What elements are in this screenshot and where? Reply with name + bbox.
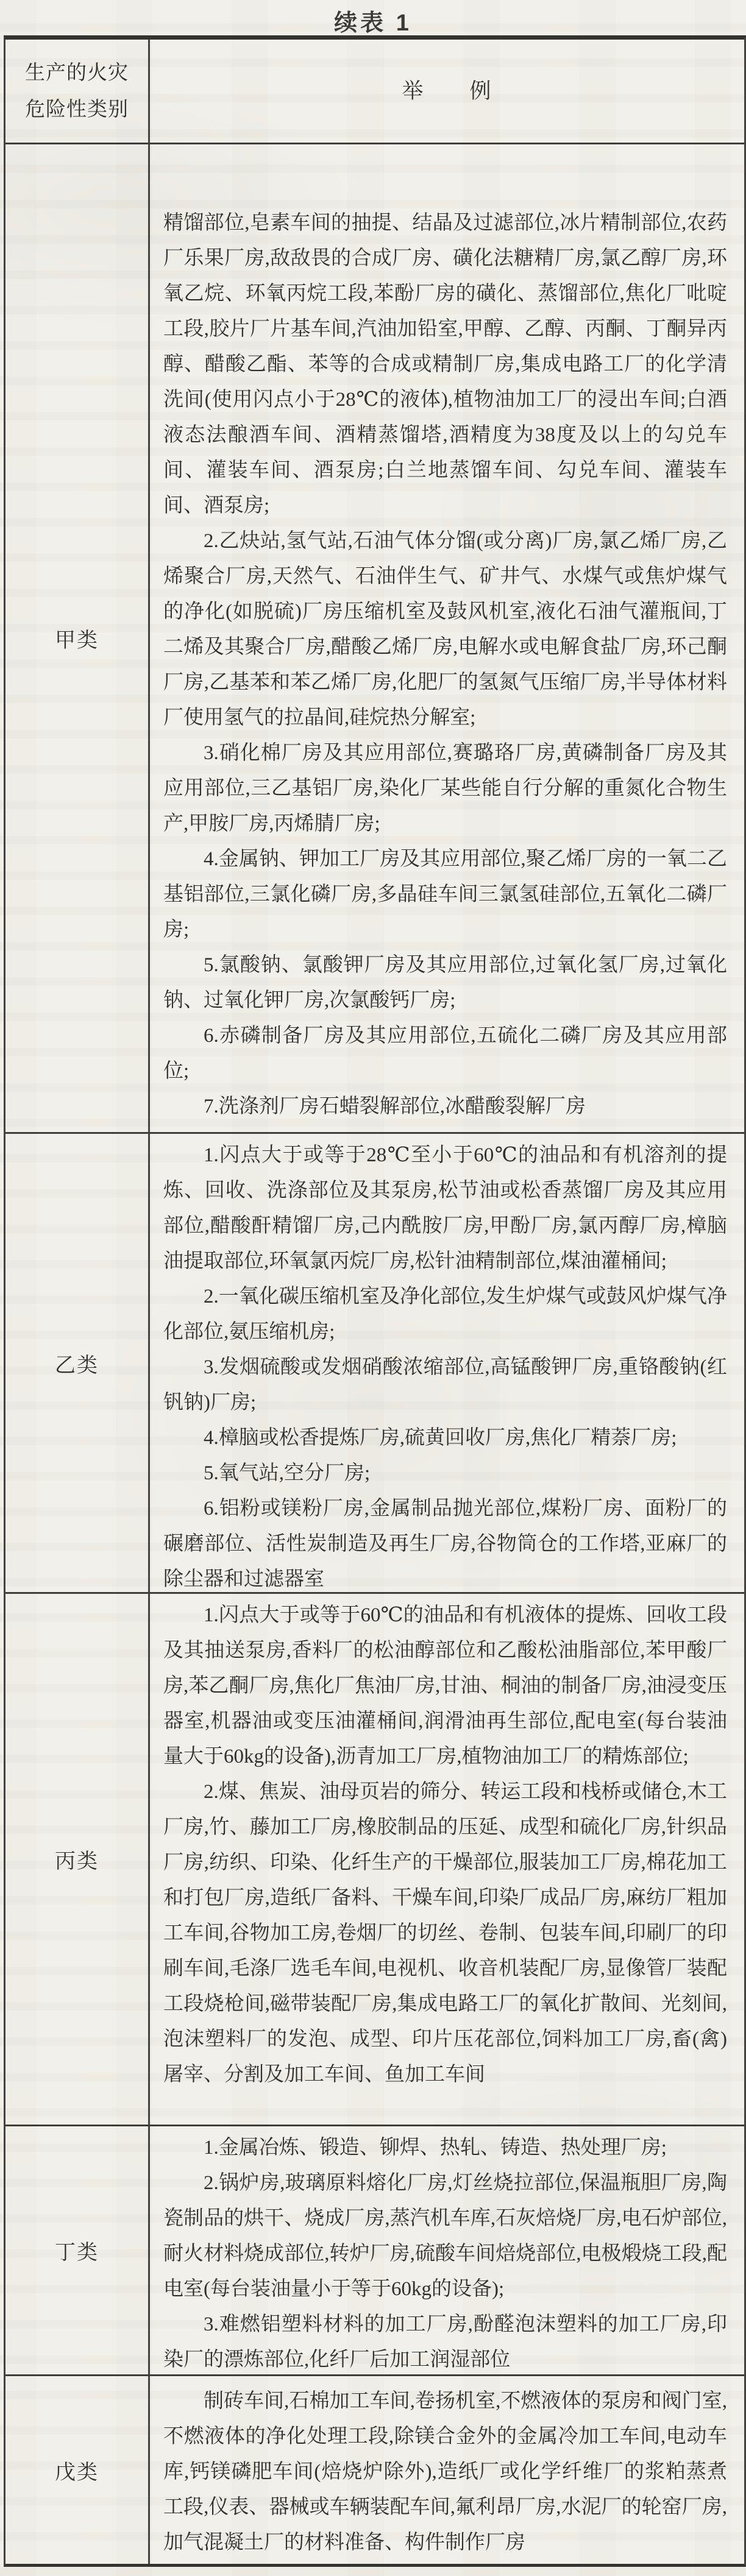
example-item: 精馏部位,皂素车间的抽提、结晶及过滤部位,冰片精制部位,农药厂乐果厂房,敌敌畏的… [163, 205, 727, 523]
table-row-yi: 乙类 1.闪点大于或等于28℃至小于60℃的油品和有机溶剂的提炼、回收、洗涤部位… [5, 1132, 744, 1592]
table-row-jia: 甲类 精馏部位,皂素车间的抽提、结晶及过滤部位,冰片精制部位,农药厂乐果厂房,敌… [5, 143, 744, 1132]
category-yi: 乙类 [5, 1134, 150, 1592]
table-row-wu: 戊类 制砖车间,石棉加工车间,卷扬机室,不燃液体的泵房和阀门室,不燃液体的净化处… [5, 2374, 744, 2564]
scanned-page: 续表 1 生产的火灾 危险性类别 举 例 甲类 精馏部位,皂素车间的抽提、结晶及… [0, 0, 746, 2576]
table-row-ding: 丁类 1.金属冶炼、锻造、铆焊、热轧、铸造、热处理厂房; 2.锅炉房,玻璃原料熔… [5, 2125, 744, 2374]
example-item: 制砖车间,石棉加工车间,卷扬机室,不燃液体的泵房和阀门室,不燃液体的净化处理工段… [163, 2383, 727, 2560]
example-item: 4.金属钠、钾加工厂房及其应用部位,聚乙烯厂房的一氧二乙基铝部位,三氯化磷厂房,… [163, 841, 727, 947]
example-item: 2.锅炉房,玻璃原料熔化厂房,灯丝烧拉部位,保温瓶胆厂房,陶瓷制品的烘干、烧成厂… [163, 2165, 727, 2307]
category-wu: 戊类 [5, 2376, 150, 2564]
examples-ding: 1.金属冶炼、锻造、铆焊、热轧、铸造、热处理厂房; 2.锅炉房,玻璃原料熔化厂房… [150, 2126, 744, 2374]
example-item: 2.乙炔站,氢气站,石油气体分馏(或分离)厂房,氯乙烯厂房,乙烯聚合厂房,天然气… [163, 523, 727, 735]
examples-jia: 精馏部位,皂素车间的抽提、结晶及过滤部位,冰片精制部位,农药厂乐果厂房,敌敌畏的… [150, 144, 744, 1132]
example-item: 3.硝化棉厂房及其应用部位,赛璐珞厂房,黄磷制备厂房及其应用部位,三乙基铝厂房,… [163, 735, 727, 841]
category-label: 乙类 [55, 1348, 99, 1378]
header-category-line2: 危险性类别 [25, 91, 129, 128]
examples-wu: 制砖车间,石棉加工车间,卷扬机室,不燃液体的泵房和阀门室,不燃液体的净化处理工段… [150, 2376, 744, 2564]
page-title: 续表 1 [0, 4, 746, 37]
table-header-row: 生产的火灾 危险性类别 举 例 [5, 40, 744, 143]
category-label: 丁类 [55, 2235, 99, 2265]
category-label: 丙类 [55, 1844, 99, 1874]
example-item: 1.闪点大于或等于28℃至小于60℃的油品和有机溶剂的提炼、回收、洗涤部位及其泵… [163, 1138, 727, 1279]
table-row-bing: 丙类 1.闪点大于或等于60℃的油品和有机液体的提炼、回收工段及其抽送泵房,香料… [5, 1592, 744, 2125]
example-item: 6.铝粉或镁粉厂房,金属制品抛光部位,煤粉厂房、面粉厂的碾磨部位、活性炭制造及再… [163, 1491, 727, 1597]
example-item: 3.发烟硫酸或发烟硝酸浓缩部位,高锰酸钾厂房,重铬酸钠(红钒钠)厂房; [163, 1350, 727, 1420]
fire-hazard-table: 生产的火灾 危险性类别 举 例 甲类 精馏部位,皂素车间的抽提、结晶及过滤部位,… [4, 35, 746, 2567]
example-item: 4.樟脑或松香提炼厂房,硫黄回收厂房,焦化厂精萘厂房; [163, 1420, 727, 1456]
header-category-cell: 生产的火灾 危险性类别 [5, 40, 150, 143]
example-item: 2.一氧化碳压缩机室及净化部位,发生炉煤气或鼓风炉煤气净化部位,氨压缩机房; [163, 1279, 727, 1350]
category-bing: 丙类 [5, 1594, 150, 2125]
example-item: 7.洗涤剂厂房石蜡裂解部位,冰醋酸裂解厂房 [163, 1089, 727, 1124]
example-item: 1.闪点大于或等于60℃的油品和有机液体的提炼、回收工段及其抽送泵房,香料厂的松… [163, 1598, 727, 1774]
example-item: 5.氯酸钠、氯酸钾厂房及其应用部位,过氧化氢厂房,过氧化钠、过氧化钾厂房,次氯酸… [163, 947, 727, 1018]
example-item: 2.煤、焦炭、油母页岩的筛分、转运工段和栈桥或储仓,木工厂房,竹、藤加工厂房,橡… [163, 1774, 727, 2092]
example-item: 5.氧气站,空分厂房; [163, 1456, 727, 1491]
example-item: 3.难燃铝塑料材料的加工厂房,酚醛泡沫塑料的加工厂房,印染厂的漂炼部位,化纤厂后… [163, 2307, 727, 2377]
category-label: 甲类 [55, 623, 99, 653]
header-category-line1: 生产的火灾 [25, 55, 129, 91]
header-example-cell: 举 例 [150, 40, 744, 143]
category-ding: 丁类 [5, 2126, 150, 2374]
category-jia: 甲类 [5, 144, 150, 1132]
category-label: 戊类 [55, 2455, 99, 2485]
examples-bing: 1.闪点大于或等于60℃的油品和有机液体的提炼、回收工段及其抽送泵房,香料厂的松… [150, 1594, 744, 2125]
example-item: 6.赤磷制备厂房及其应用部位,五硫化二磷厂房及其应用部位; [163, 1018, 727, 1089]
example-item: 1.金属冶炼、锻造、铆焊、热轧、铸造、热处理厂房; [163, 2130, 727, 2165]
examples-yi: 1.闪点大于或等于28℃至小于60℃的油品和有机溶剂的提炼、回收、洗涤部位及其泵… [150, 1134, 744, 1592]
